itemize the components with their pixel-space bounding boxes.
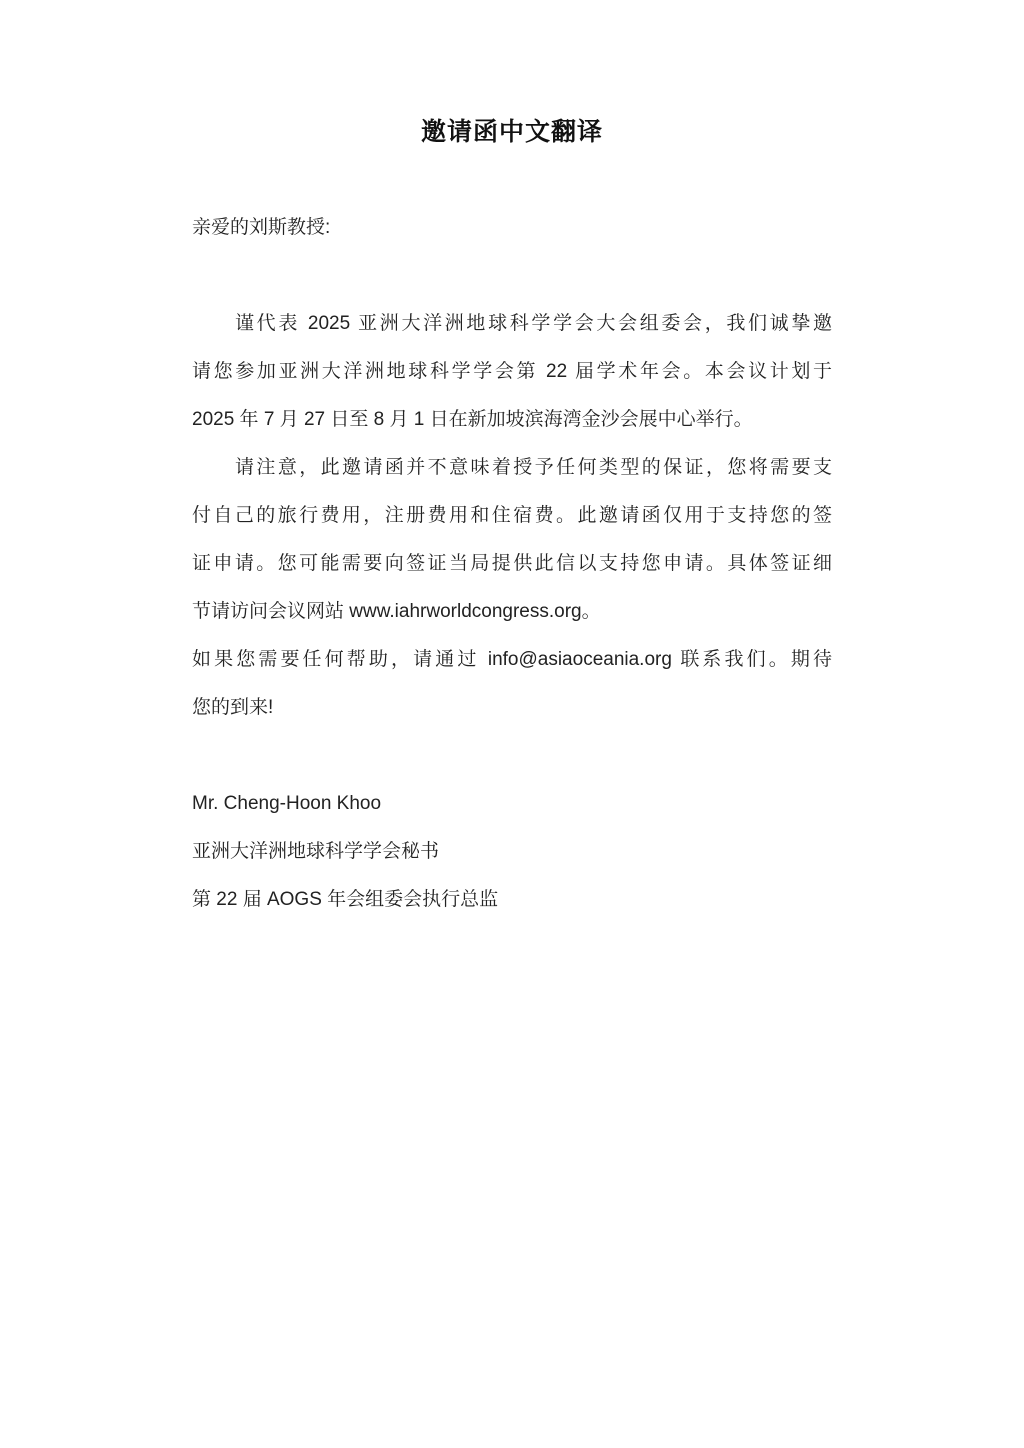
paragraph3-line2: 您的到来!: [192, 696, 832, 720]
paragraph1-line2: 请您参加亚洲大洋洲地球科学学会第 22 届学术年会。本会议计划于: [192, 360, 832, 384]
salutation: 亲爱的刘斯教授:: [192, 216, 832, 240]
paragraph2-line1: 请注意，此邀请函并不意味着授予任何类型的保证，您将需要支: [235, 456, 832, 480]
document-page: 邀请函中文翻译 亲爱的刘斯教授: 谨代表 2025 亚洲大洋洲地球科学学会大会组…: [0, 0, 1024, 1448]
signature-title1: 亚洲大洋洲地球科学学会秘书: [192, 840, 832, 864]
signature-title2: 第 22 届 AOGS 年会组委会执行总监: [192, 888, 832, 912]
document-title: 邀请函中文翻译: [0, 112, 1024, 148]
paragraph2-line2: 付自己的旅行费用，注册费用和住宿费。此邀请函仅用于支持您的签: [192, 504, 832, 528]
paragraph2-line3: 证申请。您可能需要向签证当局提供此信以支持您申请。具体签证细: [192, 552, 832, 576]
signature-name: Mr. Cheng-Hoon Khoo: [192, 792, 832, 816]
paragraph1-line1: 谨代表 2025 亚洲大洋洲地球科学学会大会组委会，我们诚挚邀: [235, 312, 832, 336]
paragraph2-line4: 节请访问会议网站 www.iahrworldcongress.org。: [192, 600, 832, 624]
paragraph1-line3: 2025 年 7 月 27 日至 8 月 1 日在新加坡滨海湾金沙会展中心举行。: [192, 408, 832, 432]
paragraph3-line1: 如果您需要任何帮助，请通过 info@asiaoceania.org 联系我们。…: [192, 648, 832, 672]
